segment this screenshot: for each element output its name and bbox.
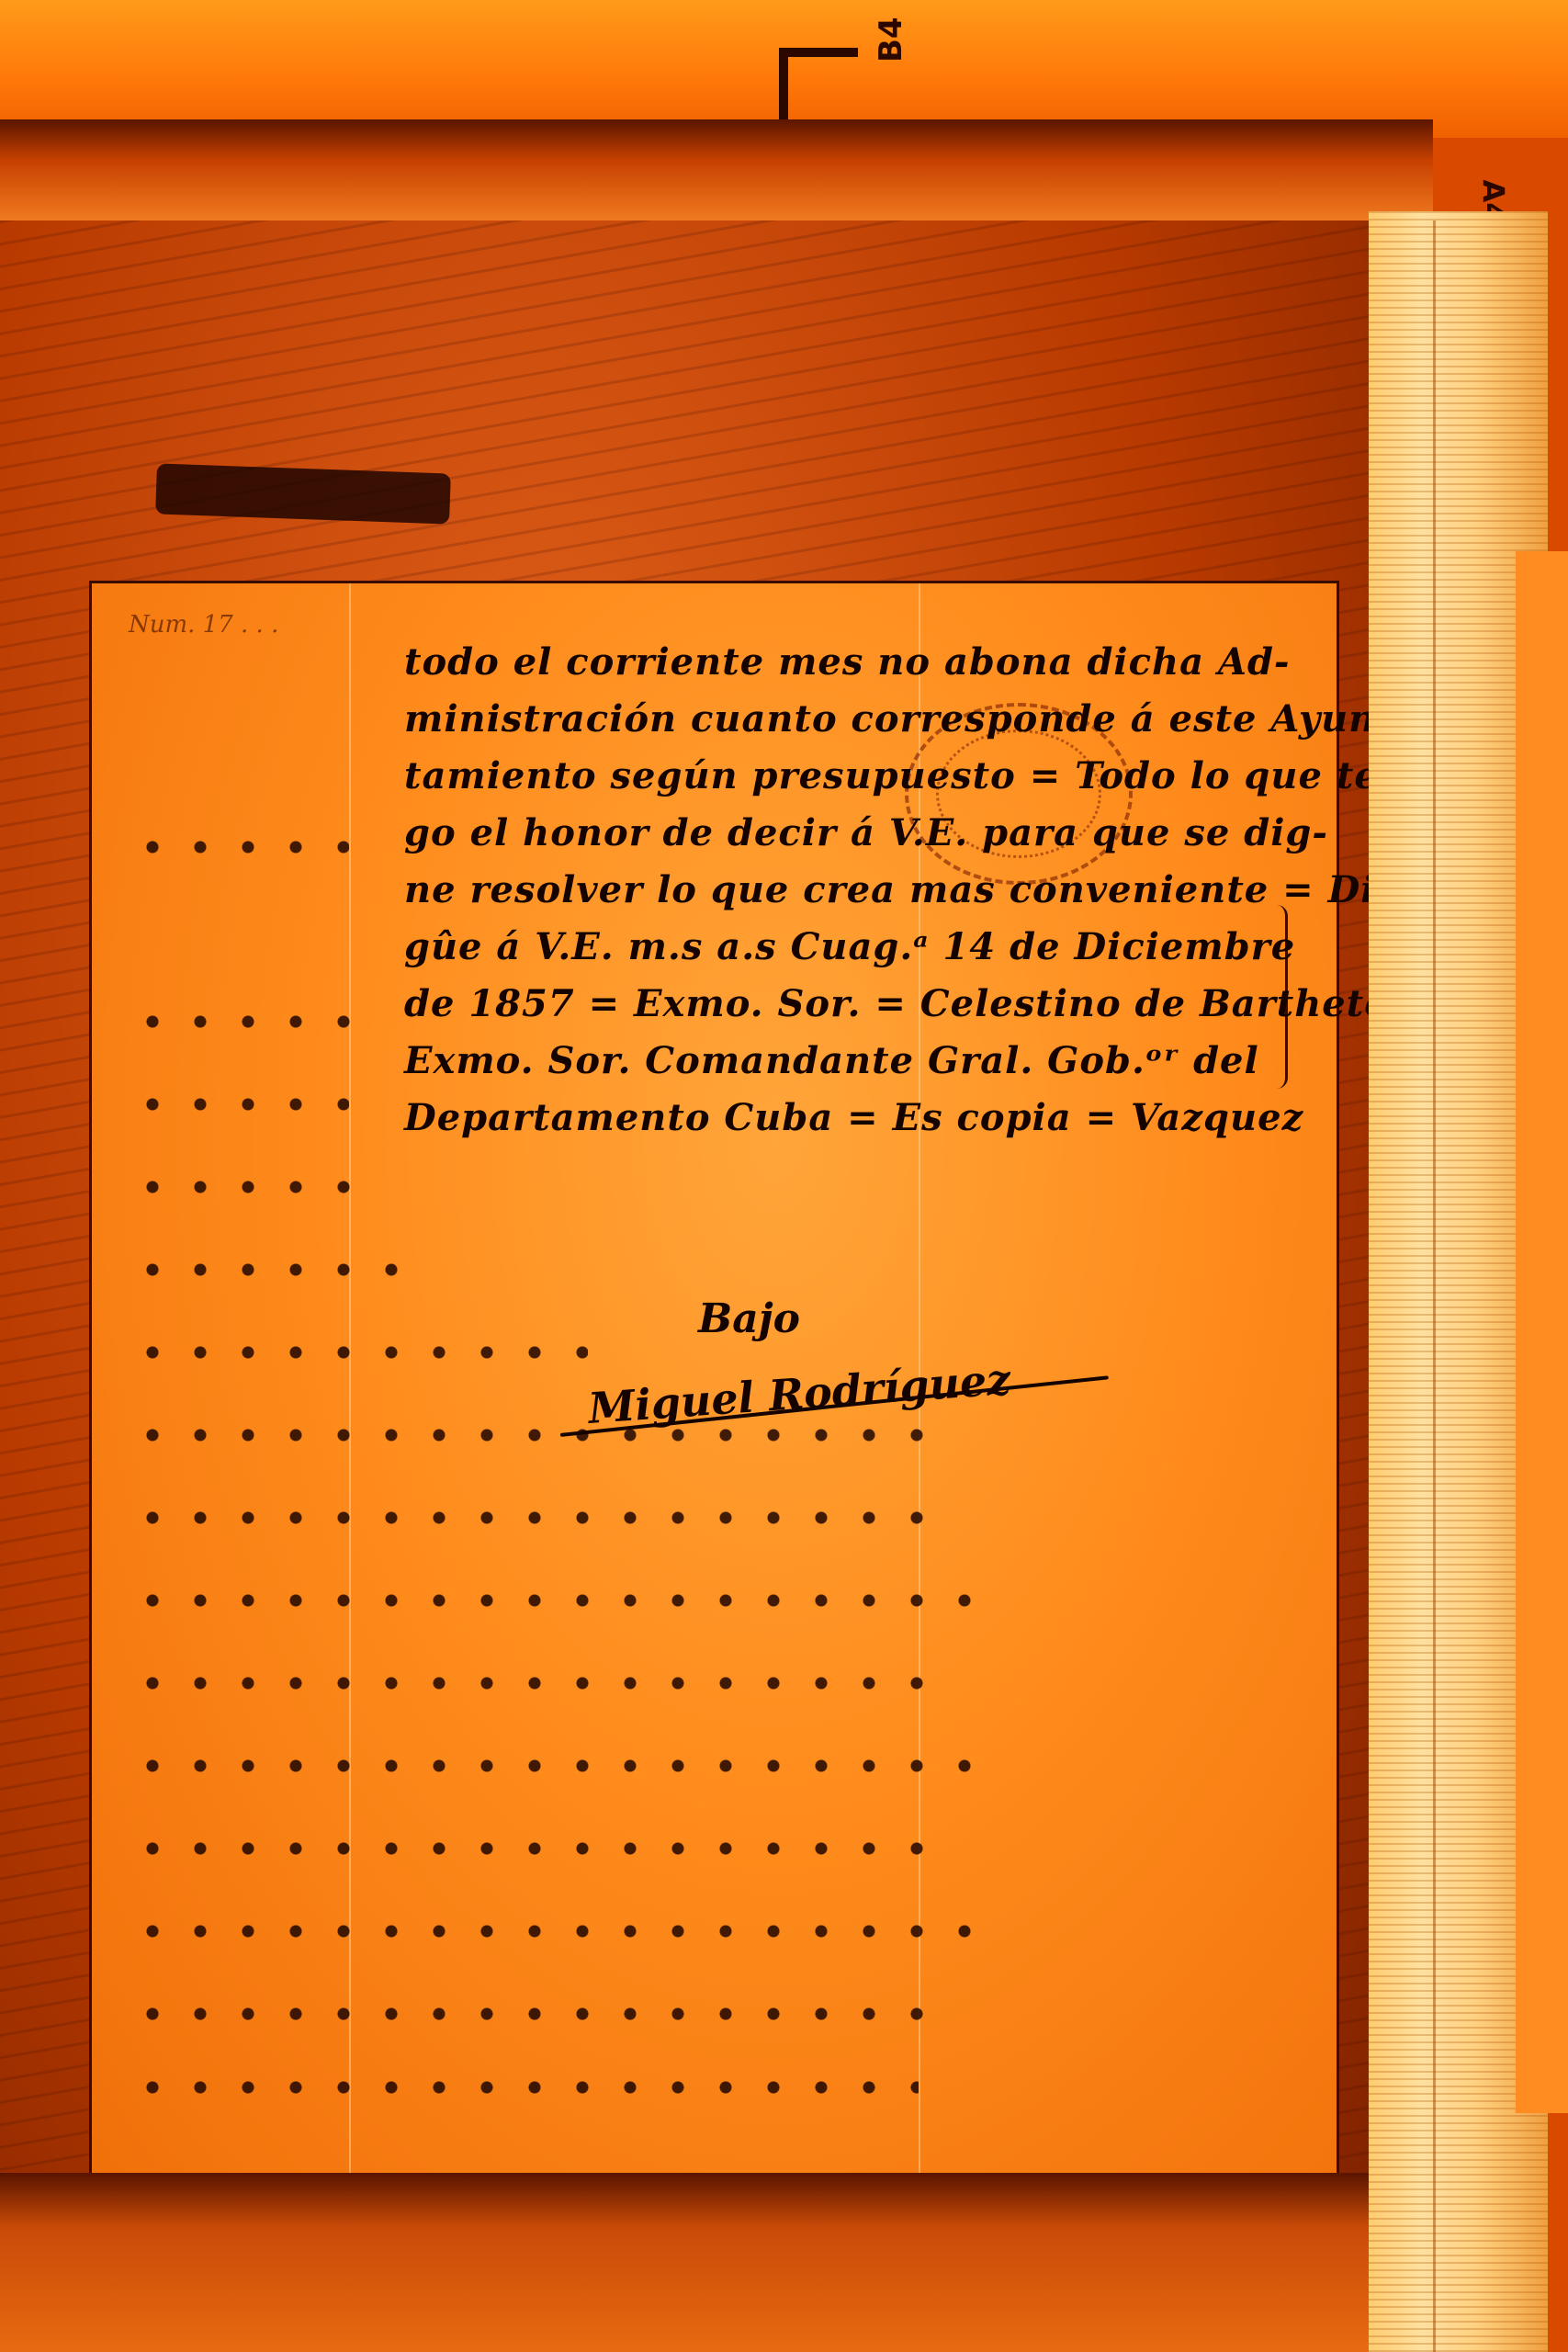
letter-line: tamiento según presupuesto = Todo lo que… xyxy=(404,748,1304,805)
ink-stain xyxy=(155,463,451,524)
letter-line: todo el corriente mes no abona dicha Ad- xyxy=(404,634,1304,691)
letter-line: go el honor de decir á V.E. para que se … xyxy=(404,805,1304,862)
letter-line: ministración cuanto corresponde á este A… xyxy=(404,691,1304,748)
faint-header-note: Num. 17 . . . xyxy=(129,611,278,639)
bleed-through-dots xyxy=(129,1429,955,1442)
bleed-through-dots xyxy=(129,1263,404,1276)
bleed-through-dots xyxy=(129,2007,955,2020)
bleed-through-dots xyxy=(129,2081,919,2094)
frame-corner-mark xyxy=(779,48,858,129)
letter-line: gûe á V.E. m.s a.s Cuag.ᵃ 14 de Diciembr… xyxy=(404,919,1304,976)
bleed-through-dots xyxy=(129,1677,955,1690)
adjacent-page-edge xyxy=(1516,551,1568,2113)
letter-line: de 1857 = Exmo. Sor. = Celestino de Bart… xyxy=(404,976,1304,1033)
letter-body: todo el corriente mes no abona dicha Ad-… xyxy=(404,634,1304,1147)
closing-word: Bajo xyxy=(698,1295,800,1342)
bleed-through-dots xyxy=(129,1594,974,1607)
bleed-through-dots xyxy=(129,1842,955,1855)
book-top-edge xyxy=(0,119,1433,224)
bleed-through-dots xyxy=(129,1925,974,1938)
bleed-through-dots xyxy=(129,1759,974,1772)
book-bottom-edge xyxy=(0,2173,1369,2352)
letter-line: Departamento Cuba = Es copia = Vazquez xyxy=(404,1090,1304,1147)
gauze-seam xyxy=(1433,220,1436,2352)
bleed-through-dots xyxy=(129,1015,367,1028)
bleed-through-dots xyxy=(129,1511,955,1524)
bleed-through-dots xyxy=(129,1346,588,1359)
bleed-through-dots xyxy=(129,1181,367,1193)
frame-code-label: B4 xyxy=(873,17,909,62)
bleed-through-dots xyxy=(129,1098,349,1111)
letter-line: Exmo. Sor. Comandante Gral. Gob.ᵒʳ del xyxy=(404,1033,1304,1090)
letter-line: ne resolver lo que crea mas conveniente … xyxy=(404,862,1304,919)
bleed-through-dots xyxy=(129,841,349,854)
